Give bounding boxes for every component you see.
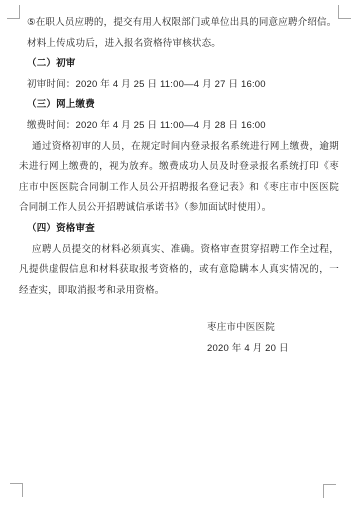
signature-block: 枣庄市中医医院 2020 年 4 月 20 日 (207, 318, 339, 359)
signature-date: 2020 年 4 月 20 日 (207, 339, 339, 360)
paragraph-payment-time: 缴费时间：2020 年 4 月 25 日 11:00—4 月 28 日 16:0… (19, 116, 339, 137)
document-body: ⑤在职人员应聘的，提交有用人权限部门或单位出具的同意应聘介绍信。 材料上传成功后… (19, 13, 339, 360)
document-page: ⑤在职人员应聘的，提交有用人权限部门或单位出具的同意应聘介绍信。 材料上传成功后… (0, 0, 360, 505)
text-boundary-mark-bottom-left (10, 483, 23, 497)
section-heading-preliminary: （二）初审 (19, 54, 339, 75)
paragraph-payment-details: 通过资格初审的人员，在规定时间内登录报名系统进行网上缴费，逾期未进行网上缴费的，… (19, 137, 339, 219)
paragraph-list-item-5: ⑤在职人员应聘的，提交有用人权限部门或单位出具的同意应聘介绍信。 (19, 13, 339, 34)
text-boundary-mark-top-right (338, 5, 351, 19)
section-heading-qualification-review: （四）资格审查 (19, 219, 339, 240)
paragraph-preliminary-time: 初审时间：2020 年 4 月 25 日 11:00—4 月 27 日 16:0… (19, 75, 339, 96)
signature-organization: 枣庄市中医医院 (207, 318, 339, 339)
paragraph-review-details: 应聘人员提交的材料必须真实、准确。资格审查贯穿招聘工作全过程，凡提供虚假信息和材… (19, 240, 339, 302)
paragraph-upload-note: 材料上传成功后，进入报名资格待审核状态。 (19, 34, 339, 55)
text-boundary-mark-bottom-right (323, 484, 336, 498)
section-heading-online-payment: （三）网上缴费 (19, 95, 339, 116)
